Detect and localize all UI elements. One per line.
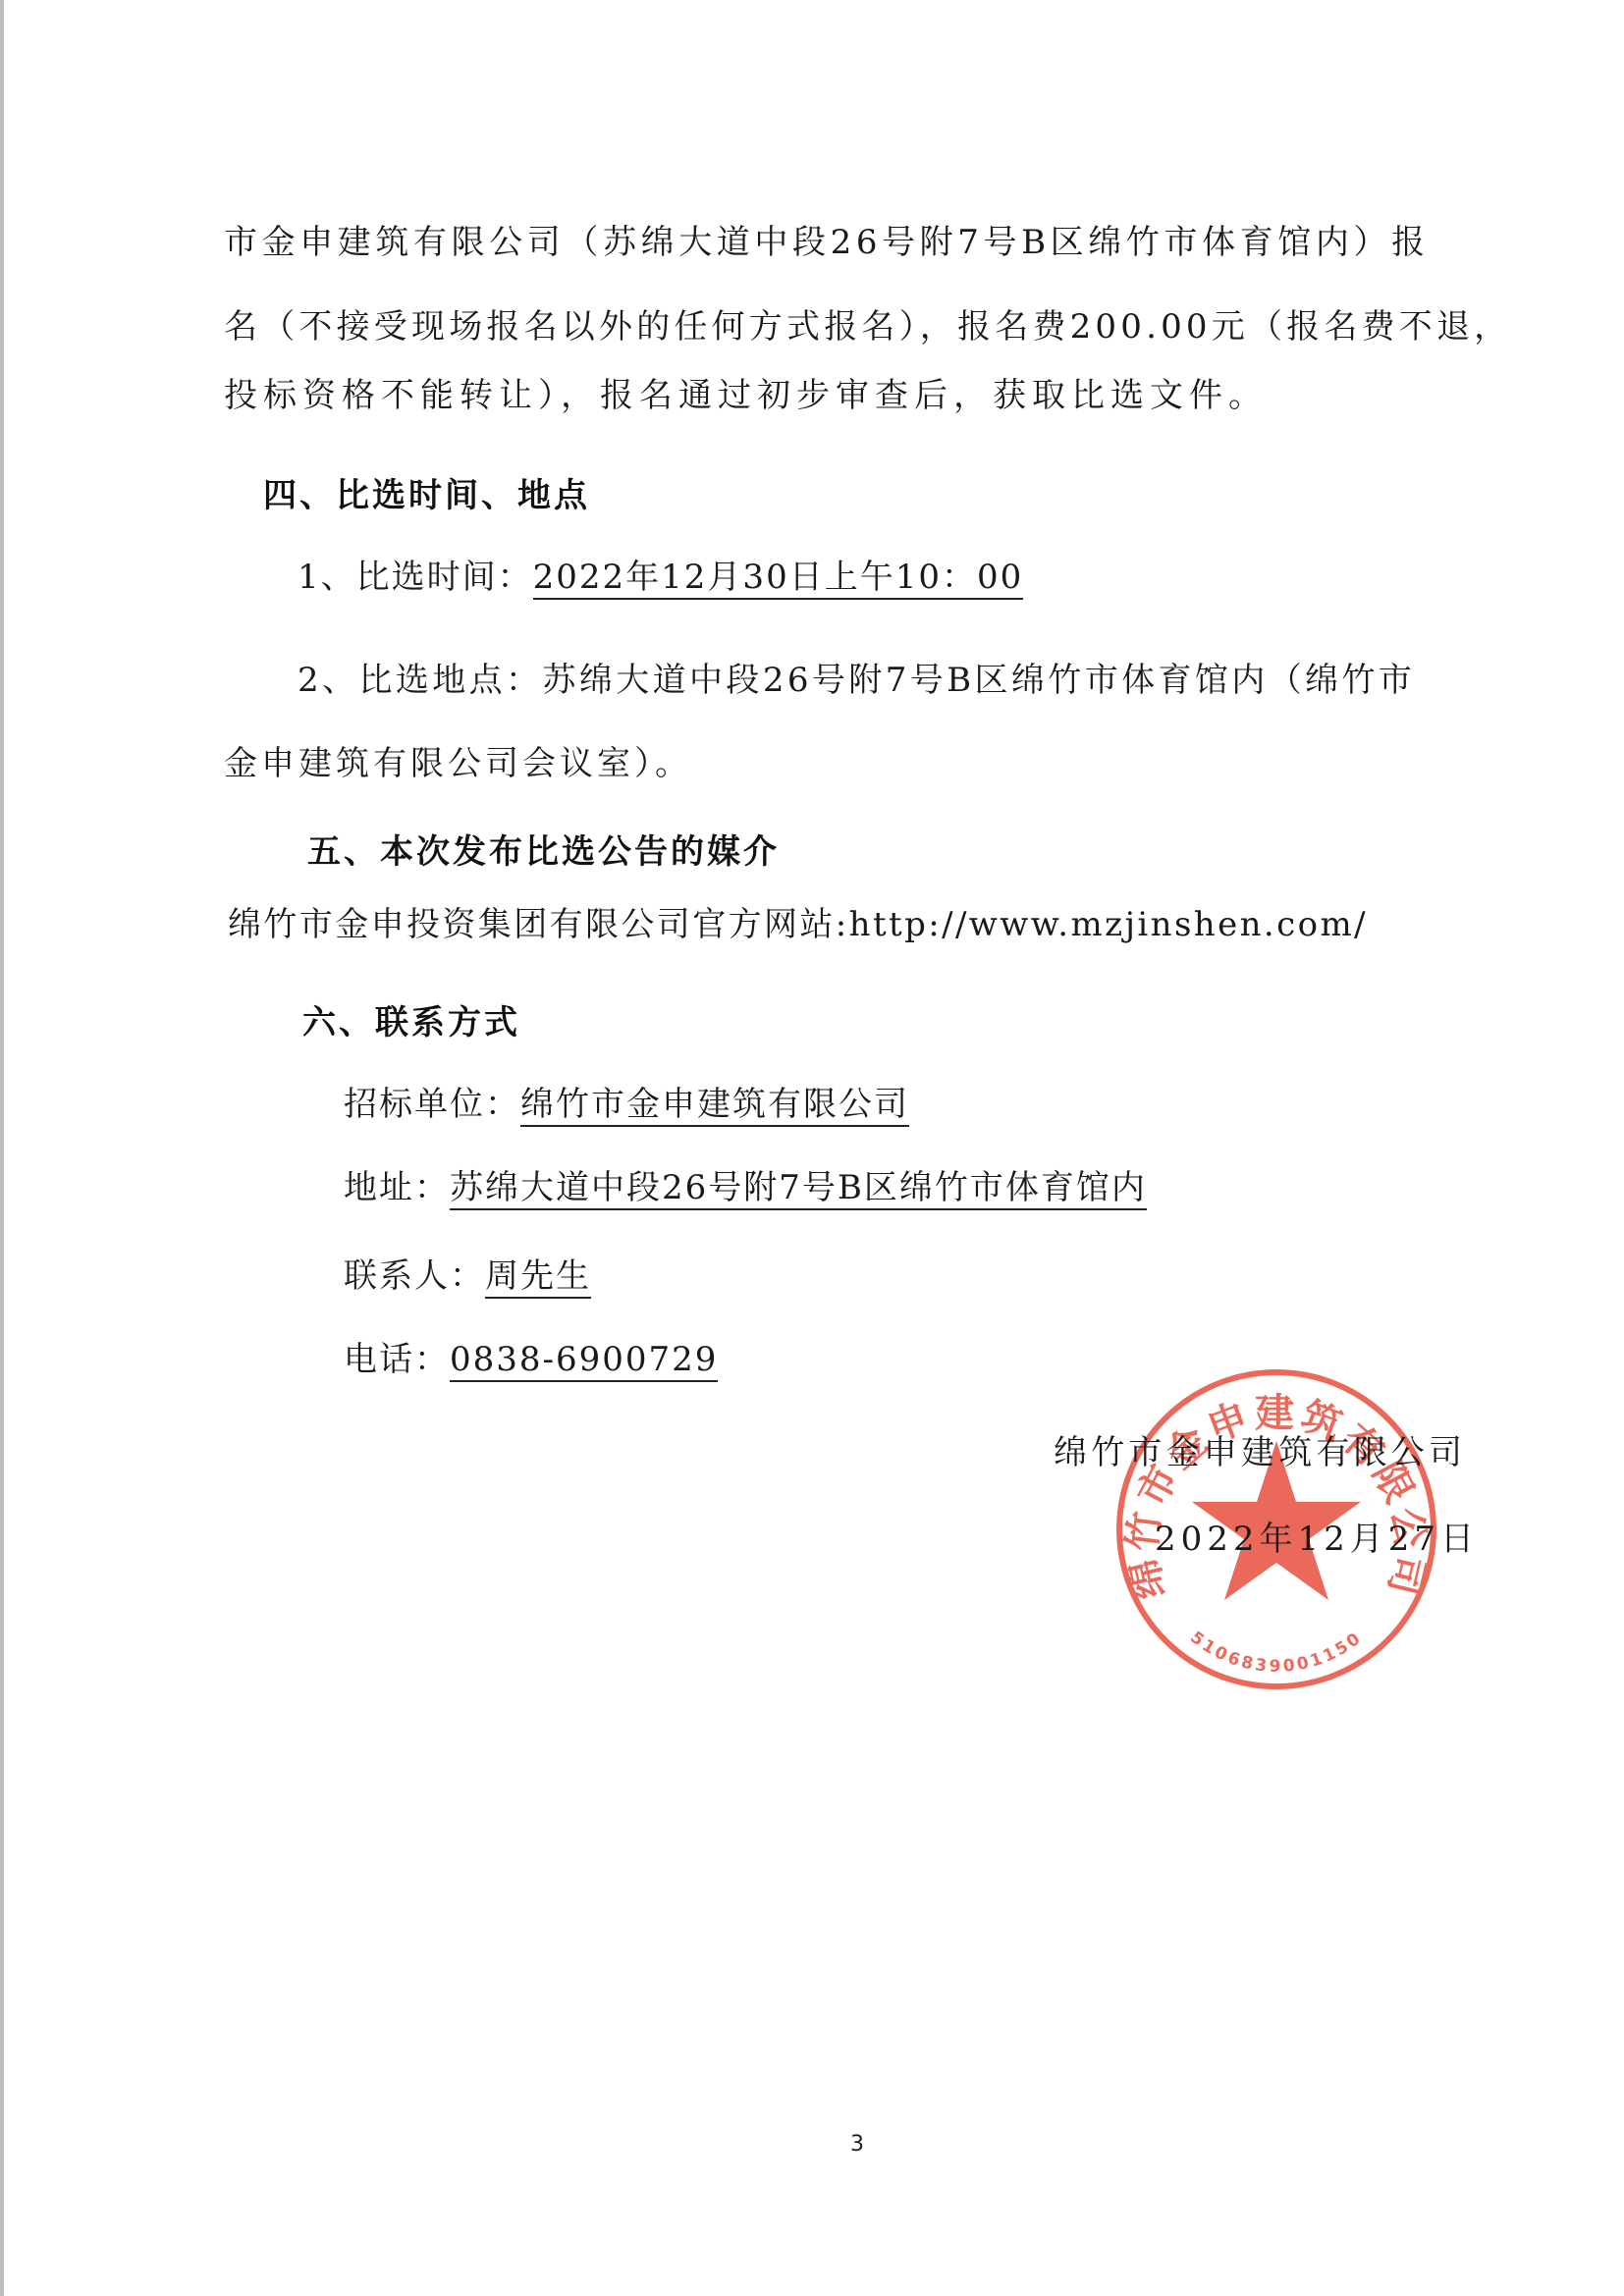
section-5-media-text: 绵竹市金申投资集团有限公司官方网站:http://www.mzjinshen.c… [228,905,1368,944]
paragraph-line-1-text: 市金申建筑有限公司（苏绵大道中段26号附7号B区绵竹市体育馆内）报 [224,223,1430,262]
item-1-value: 2022年12月30日上午10：00 [533,558,1024,600]
contact-person-label: 联系人： [344,1256,485,1296]
signature-date: 2022年12月27日 [1155,1520,1479,1559]
section-4-item-2-line-2: 金申建筑有限公司会议室）。 [224,744,692,783]
contact-person: 联系人：周先生 [344,1256,591,1296]
contact-person-value: 周先生 [485,1256,591,1299]
section-4-item-1: 1、比选时间：2022年12月30日上午10：00 [298,558,1023,597]
signature-company: 绵竹市金申建筑有限公司 [1054,1433,1466,1472]
svg-text:5106839001150: 5106839001150 [1186,1628,1366,1677]
contact-address-label: 地址： [344,1168,450,1207]
contact-address: 地址：苏绵大道中段26号附7号B区绵竹市体育馆内 [344,1168,1147,1207]
contact-phone-value: 0838-6900729 [450,1340,718,1382]
section-6-heading: 六、联系方式 [302,1003,520,1042]
seal-code-text: 5106839001150 [1186,1628,1366,1677]
section-4-item-2-line-1: 2、比选地点：苏绵大道中段26号附7号B区绵竹市体育馆内（绵竹市 [298,661,1415,700]
contact-address-value: 苏绵大道中段26号附7号B区绵竹市体育馆内 [450,1168,1147,1210]
section-5-heading: 五、本次发布比选公告的媒介 [307,832,780,872]
paragraph-line-2: 名（不接受现场报名以外的任何方式报名），报名费200.00元（报名费不退， [224,307,1455,347]
contact-bidder-value: 绵竹市金申建筑有限公司 [520,1085,909,1127]
item-1-label: 1、比选时间： [298,558,533,597]
page-number: 3 [850,2132,864,2157]
contact-phone: 电话：0838-6900729 [344,1340,718,1379]
section-4-heading: 四、比选时间、地点 [263,476,590,515]
scan-edge-line [0,0,4,2296]
contact-phone-label: 电话： [344,1340,450,1379]
contact-bidder: 招标单位：绵竹市金申建筑有限公司 [344,1085,909,1124]
paragraph-line-3: 投标资格不能转让），报名通过初步审查后，获取比选文件。 [224,376,1268,415]
paragraph-line-1: 市金申建筑有限公司（苏绵大道中段26号附7号B区绵竹市体育馆内）报 [224,223,1455,262]
document-page: 市金申建筑有限公司（苏绵大道中段26号附7号B区绵竹市体育馆内）报 名（不接受现… [0,0,1624,2296]
contact-bidder-label: 招标单位： [344,1085,520,1124]
